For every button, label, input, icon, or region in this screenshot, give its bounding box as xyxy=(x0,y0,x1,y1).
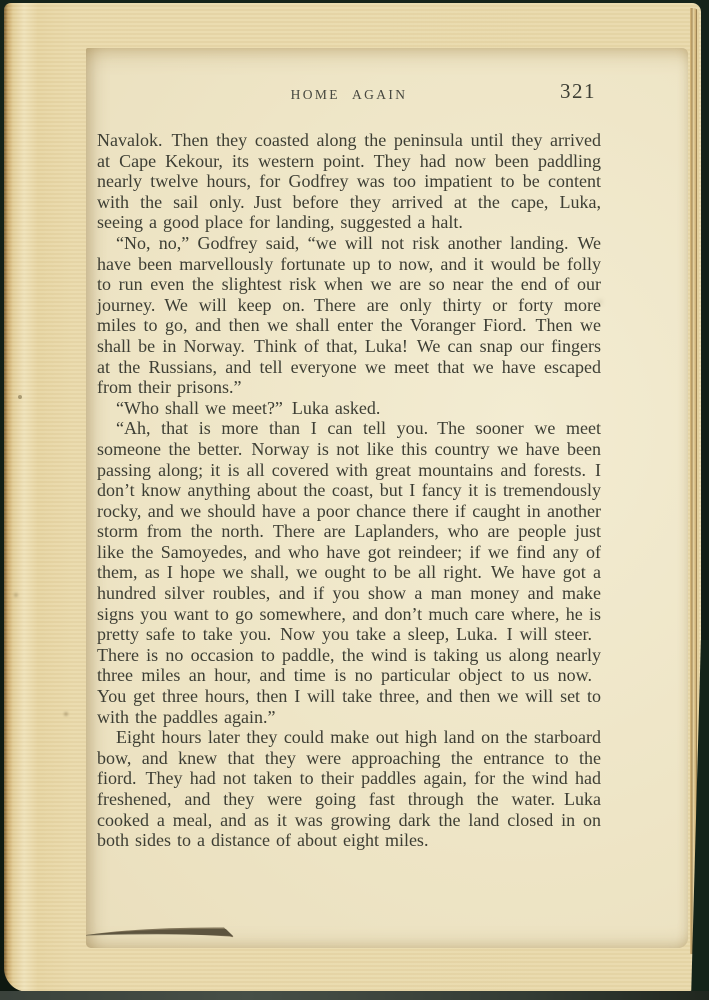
page-curl-shape xyxy=(84,921,240,941)
paragraph: “No, no,” Godfrey said, “we will not ris… xyxy=(97,233,601,398)
paragraph: Eight hours later they could make out hi… xyxy=(97,727,601,851)
printed-page-content: HOME AGAIN 321 Navalok. Then they coaste… xyxy=(97,84,601,851)
page-body: Navalok. Then they coasted along the pen… xyxy=(97,130,601,851)
paragraph: “Who shall we meet?” Luka asked. xyxy=(97,398,601,419)
foxing-specks xyxy=(18,395,22,399)
running-title: HOME AGAIN xyxy=(291,87,408,103)
page-number: 321 xyxy=(560,79,596,104)
book-photo: HOME AGAIN 321 Navalok. Then they coaste… xyxy=(0,0,709,1000)
paragraph: “Ah, that is more than I can tell you. T… xyxy=(97,418,601,727)
photo-bottom-band xyxy=(0,991,709,1000)
page-header: HOME AGAIN 321 xyxy=(97,84,601,108)
paragraph: Navalok. Then they coasted along the pen… xyxy=(97,130,601,233)
page-curl-mark xyxy=(84,921,240,941)
